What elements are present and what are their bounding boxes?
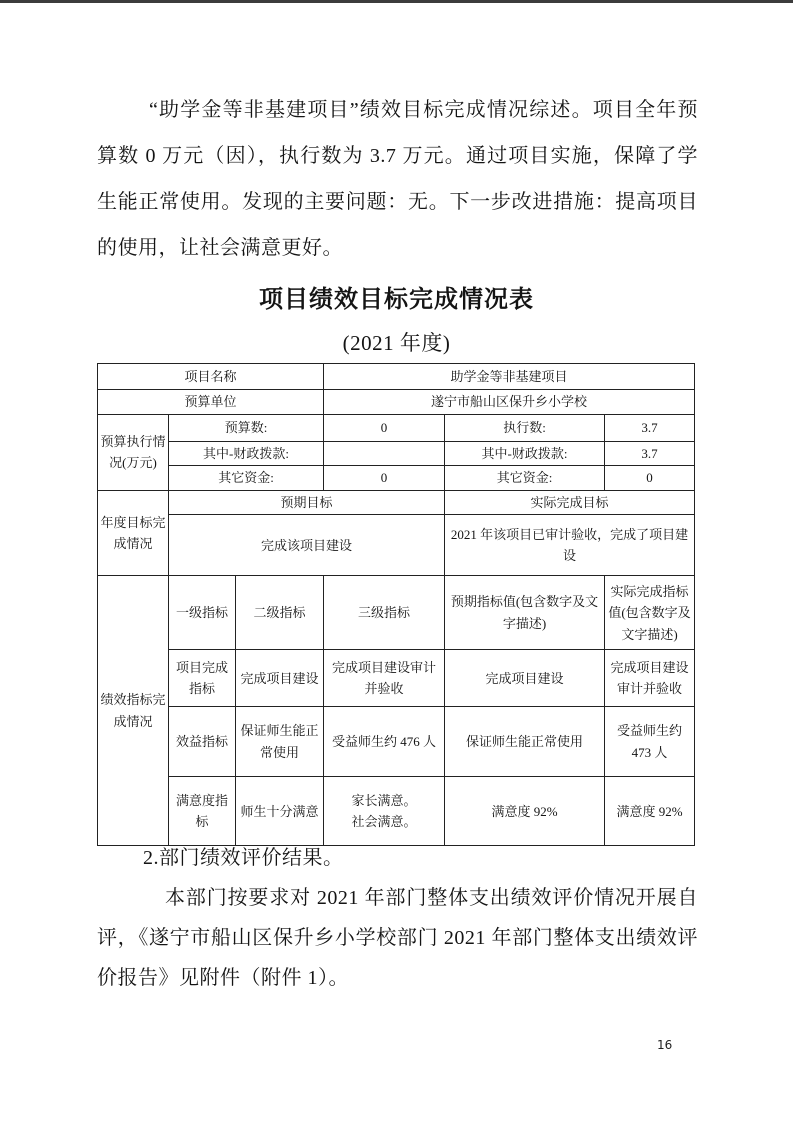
row-indicator-headers: 绩效指标完成情况 一级指标 二级指标 三级指标 预期指标值(包含数字及文字描述)… <box>98 576 695 650</box>
fiscal-allocation-value <box>324 442 445 466</box>
other-funds-exec-label: 其它资金: <box>445 466 605 490</box>
row-annual-goal-header: 年度目标完成情况 预期目标 实际完成目标 <box>98 490 695 514</box>
section2: 2.部门绩效评价结果。 本部门按要求对 2021 年部门整体支出绩效评价情况开展… <box>97 838 698 998</box>
executed-amount-value: 3.7 <box>605 415 695 442</box>
benefit-indicator-level3: 受益师生约 476 人 <box>324 707 445 777</box>
benefit-indicator-level2: 保证师生能正常使用 <box>236 707 324 777</box>
benefit-indicator-actual: 受益师生约 473 人 <box>605 707 695 777</box>
row-satisfaction-indicator: 满意度指标 师生十分满意 家长满意。 社会满意。 满意度 92% 满意度 92% <box>98 777 695 846</box>
other-funds-value: 0 <box>324 466 445 490</box>
fiscal-allocation-exec-value: 3.7 <box>605 442 695 466</box>
document-page: “助学金等非基建项目”绩效目标完成情况综述。项目全年预算数 0 万元（因），执行… <box>0 0 793 1122</box>
indicator-header-actual: 实际完成指标值(包含数字及文字描述) <box>605 576 695 650</box>
budget-amount-value: 0 <box>324 415 445 442</box>
actual-goal-value: 2021 年该项目已审计验收，完成了项目建设 <box>445 515 695 576</box>
actual-goal-header: 实际完成目标 <box>445 490 695 514</box>
row-completion-indicator: 项目完成指标 完成项目建设 完成项目建设审计并验收 完成项目建设 完成项目建设审… <box>98 650 695 707</box>
satisfaction-indicator-level1: 满意度指标 <box>169 777 236 846</box>
fiscal-allocation-label: 其中-财政拨款: <box>169 442 324 466</box>
satisfaction-indicator-level2: 师生十分满意 <box>236 777 324 846</box>
indicator-header-level2: 二级指标 <box>236 576 324 650</box>
completion-indicator-expected: 完成项目建设 <box>445 650 605 707</box>
fiscal-allocation-exec-label: 其中-财政拨款: <box>445 442 605 466</box>
completion-indicator-level3: 完成项目建设审计并验收 <box>324 650 445 707</box>
row-other-funds: 其它资金: 0 其它资金: 0 <box>98 466 695 490</box>
row-project-name: 项目名称 助学金等非基建项目 <box>98 364 695 390</box>
annual-section-label: 年度目标完成情况 <box>98 490 169 575</box>
row-budget-amount: 预算执行情况(万元) 预算数: 0 执行数: 3.7 <box>98 415 695 442</box>
executed-amount-label: 执行数: <box>445 415 605 442</box>
benefit-indicator-level1: 效益指标 <box>169 707 236 777</box>
row-benefit-indicator: 效益指标 保证师生能正常使用 受益师生约 476 人 保证师生能正常使用 受益师… <box>98 707 695 777</box>
project-name-label: 项目名称 <box>98 364 324 390</box>
table-title: 项目绩效目标完成情况表 <box>0 279 793 314</box>
satisfaction-indicator-actual: 满意度 92% <box>605 777 695 846</box>
satisfaction-indicator-level3: 家长满意。 社会满意。 <box>324 777 445 846</box>
completion-indicator-actual: 完成项目建设审计并验收 <box>605 650 695 707</box>
budget-unit-value: 遂宁市船山区保升乡小学校 <box>324 390 695 415</box>
indicator-header-level3: 三级指标 <box>324 576 445 650</box>
performance-table: 项目名称 助学金等非基建项目 预算单位 遂宁市船山区保升乡小学校 预算执行情况(… <box>97 363 695 846</box>
section2-heading: 2.部门绩效评价结果。 <box>97 838 698 878</box>
expected-goal-header: 预期目标 <box>169 490 445 514</box>
table-subtitle: (2021 年度) <box>0 327 793 357</box>
budget-amount-label: 预算数: <box>169 415 324 442</box>
other-funds-label: 其它资金: <box>169 466 324 490</box>
row-fiscal-allocation: 其中-财政拨款: 其中-财政拨款: 3.7 <box>98 442 695 466</box>
indicator-header-level1: 一级指标 <box>169 576 236 650</box>
budget-unit-label: 预算单位 <box>98 390 324 415</box>
intro-paragraph: “助学金等非基建项目”绩效目标完成情况综述。项目全年预算数 0 万元（因），执行… <box>97 87 698 271</box>
benefit-indicator-expected: 保证师生能正常使用 <box>445 707 605 777</box>
project-name-value: 助学金等非基建项目 <box>324 364 695 390</box>
budget-section-label: 预算执行情况(万元) <box>98 415 169 491</box>
other-funds-exec-value: 0 <box>605 466 695 490</box>
row-budget-unit: 预算单位 遂宁市船山区保升乡小学校 <box>98 390 695 415</box>
indicator-header-expected: 预期指标值(包含数字及文字描述) <box>445 576 605 650</box>
expected-goal-value: 完成该项目建设 <box>169 515 445 576</box>
page-top-edge <box>0 0 793 3</box>
page-number: 16 <box>657 1038 672 1052</box>
completion-indicator-level2: 完成项目建设 <box>236 650 324 707</box>
row-annual-goal-content: 完成该项目建设 2021 年该项目已审计验收，完成了项目建设 <box>98 515 695 576</box>
completion-indicator-level1: 项目完成指标 <box>169 650 236 707</box>
indicator-section-label: 绩效指标完成情况 <box>98 576 169 846</box>
section2-paragraph: 本部门按要求对 2021 年部门整体支出绩效评价情况开展自评，《遂宁市船山区保升… <box>97 878 698 998</box>
satisfaction-indicator-expected: 满意度 92% <box>445 777 605 846</box>
